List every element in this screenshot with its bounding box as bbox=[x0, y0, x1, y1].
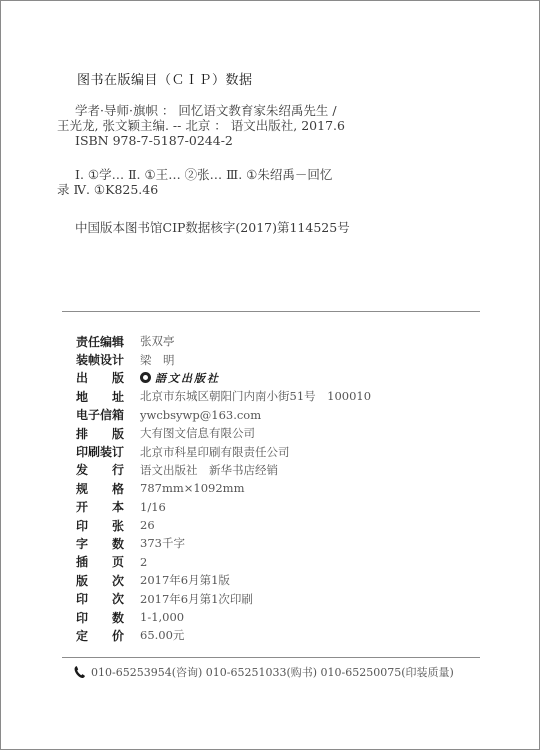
imprint-row-wordcount: 字 数 373千字 bbox=[76, 534, 486, 552]
cip-heading: 图书在版编目（ＣＩＰ）数据 bbox=[77, 69, 253, 88]
publisher-emblem-icon bbox=[140, 372, 151, 383]
imprint-row-price: 定 价 65.00元 bbox=[76, 626, 486, 644]
imprint-row-publisher: 出 版 語文出版社 bbox=[76, 369, 486, 387]
imprint-row-format: 开 本 1/16 bbox=[76, 498, 486, 516]
imprint-label: 发 行 bbox=[76, 461, 128, 478]
imprint-value: 北京市东城区朝阳门内南小街51号 100010 bbox=[140, 388, 371, 404]
imprint-row-designer: 装帧设计 梁 明 bbox=[76, 350, 486, 368]
contact-phones: 010-65253954(咨询) 010-65251033(购书) 010-65… bbox=[91, 664, 454, 680]
imprint-value: 26 bbox=[140, 518, 155, 532]
imprint-label: 印 张 bbox=[76, 517, 128, 534]
imprint-row-printing: 印刷装订 北京市科星印刷有限责任公司 bbox=[76, 442, 486, 460]
cip-classification-line: 录 Ⅳ. ①K825.46 bbox=[57, 182, 332, 197]
cip-editors-line: 王光龙, 张文颖主编. -- 北京 ： 语文出版社, 2017.6 bbox=[57, 118, 477, 133]
cip-classification-line: Ⅰ. ①学… Ⅱ. ①王… ②张… Ⅲ. ①朱绍禹－回忆 bbox=[57, 167, 332, 182]
phone-icon bbox=[73, 665, 87, 679]
publisher-logotype: 語文出版社 bbox=[155, 370, 220, 386]
imprint-value: 2017年6月第1版 bbox=[140, 572, 230, 588]
imprint-value: 65.00元 bbox=[140, 627, 184, 643]
imprint-row-impression: 印 次 2017年6月第1次印刷 bbox=[76, 589, 486, 607]
imprint-value: ywcbsywp@163.com bbox=[140, 408, 261, 422]
imprint-label: 规 格 bbox=[76, 480, 128, 497]
imprint-row-distribution: 发 行 语文出版社 新华书店经销 bbox=[76, 461, 486, 479]
imprint-value: 大有图文信息有限公司 bbox=[140, 425, 255, 441]
imprint-row-typesetting: 排 版 大有图文信息有限公司 bbox=[76, 424, 486, 442]
imprint-label: 装帧设计 bbox=[76, 351, 128, 368]
imprint-value: 1-1,000 bbox=[140, 610, 184, 624]
imprint-label: 排 版 bbox=[76, 425, 128, 442]
imprint-label: 版 次 bbox=[76, 572, 128, 589]
imprint-table: 责任编辑 张双亭 装帧设计 梁 明 出 版 語文出版社 地 址 北京市东城区朝阳… bbox=[76, 332, 486, 645]
imprint-label: 电子信箱 bbox=[76, 406, 128, 423]
imprint-label: 定 价 bbox=[76, 627, 128, 644]
imprint-row-plates: 插 页 2 bbox=[76, 553, 486, 571]
publisher-logo: 語文出版社 bbox=[140, 370, 220, 386]
cip-classification: Ⅰ. ①学… Ⅱ. ①王… ②张… Ⅲ. ①朱绍禹－回忆 录 Ⅳ. ①K825.… bbox=[57, 167, 332, 197]
imprint-row-email: 电子信箱 ywcbsywp@163.com bbox=[76, 406, 486, 424]
imprint-row-size: 规 格 787mm×1092mm bbox=[76, 479, 486, 497]
imprint-value: 373千字 bbox=[140, 535, 185, 551]
imprint-label: 责任编辑 bbox=[76, 333, 128, 350]
imprint-value: 2017年6月第1次印刷 bbox=[140, 591, 253, 607]
cip-description: 学者·导师·旗帜 ： 回忆语文教育家朱绍禹先生 / 王光龙, 张文颖主编. --… bbox=[57, 103, 477, 148]
imprint-label: 地 址 bbox=[76, 388, 128, 405]
imprint-label: 开 本 bbox=[76, 498, 128, 515]
imprint-label: 出 版 bbox=[76, 369, 128, 386]
contact-line: 010-65253954(咨询) 010-65251033(购书) 010-65… bbox=[73, 664, 454, 680]
imprint-value: 语文出版社 新华书店经销 bbox=[140, 462, 278, 478]
imprint-value: 梁 明 bbox=[140, 352, 175, 368]
imprint-row-editor: 责任编辑 张双亭 bbox=[76, 332, 486, 350]
imprint-value: 787mm×1092mm bbox=[140, 481, 244, 495]
imprint-label: 印刷装订 bbox=[76, 443, 128, 460]
imprint-label: 插 页 bbox=[76, 553, 128, 570]
imprint-value: 2 bbox=[140, 555, 147, 569]
imprint-label: 印 数 bbox=[76, 609, 128, 626]
imprint-value: 北京市科星印刷有限责任公司 bbox=[140, 444, 290, 460]
imprint-row-sheets: 印 张 26 bbox=[76, 516, 486, 534]
imprint-label: 印 次 bbox=[76, 590, 128, 607]
divider-top bbox=[62, 311, 480, 312]
imprint-label: 字 数 bbox=[76, 535, 128, 552]
divider-bottom bbox=[62, 657, 480, 658]
cip-record-number: 中国版本图书馆CIP数据核字(2017)第114525号 bbox=[75, 218, 350, 236]
imprint-row-edition: 版 次 2017年6月第1版 bbox=[76, 571, 486, 589]
cip-title-line: 学者·导师·旗帜 ： 回忆语文教育家朱绍禹先生 / bbox=[57, 103, 477, 118]
cip-isbn-line: ISBN 978-7-5187-0244-2 bbox=[57, 133, 477, 148]
imprint-row-address: 地 址 北京市东城区朝阳门内南小街51号 100010 bbox=[76, 387, 486, 405]
imprint-row-print-run: 印 数 1-1,000 bbox=[76, 608, 486, 626]
imprint-value: 1/16 bbox=[140, 500, 166, 514]
imprint-value: 张双亭 bbox=[140, 333, 175, 349]
